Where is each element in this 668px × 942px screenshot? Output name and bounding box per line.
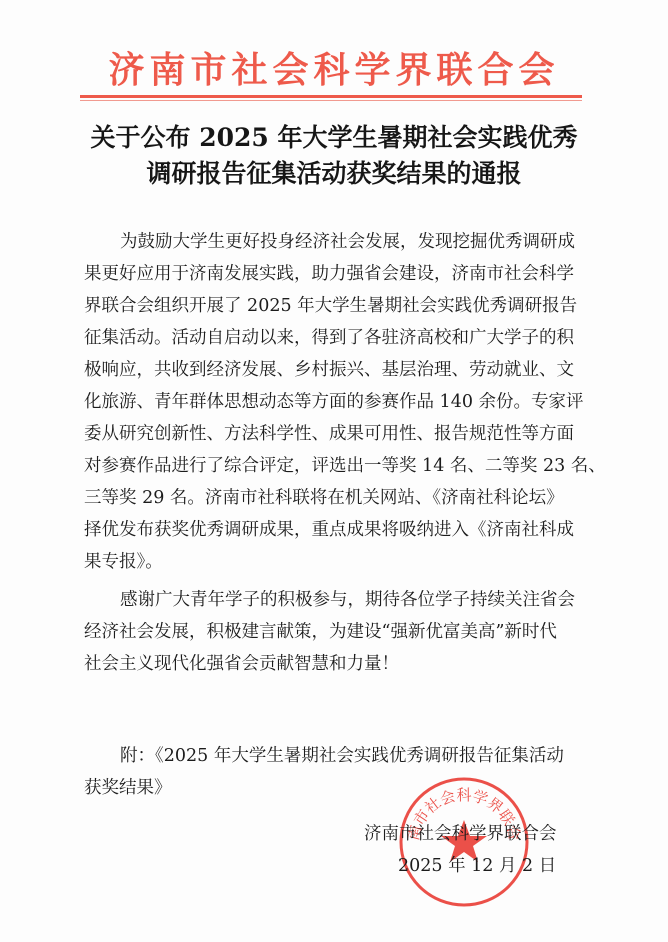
p2-line: 感谢广大青年学子的积极参与，期待各位学子持续关注省会 (84, 584, 590, 616)
p1-line: 极响应，共收到经济发展、乡村振兴、基层治理、劳动就业、文 (84, 354, 590, 386)
p1-line: 对参赛作品进行了综合评定，评选出一等奖 14 名、二等奖 23 名、 (84, 450, 590, 482)
document-title: 关于公布 2025 年大学生暑期社会实践优秀 调研报告征集活动获奖结果的通报 (0, 120, 668, 192)
p1-line: 果更好应用于济南发展实践，助力强省会建设，济南市社会科学 (84, 258, 590, 290)
signature-date: 2025 年 12 月 2 日 (398, 852, 556, 877)
attachment-line-1: 附：《2025 年大学生暑期社会实践优秀调研报告征集活动 (84, 740, 564, 772)
p1-line: 化旅游、青年群体思想动态等方面的参赛作品 140 余份。专家评 (84, 386, 590, 418)
red-divider-thick (80, 95, 582, 98)
document-body: 为鼓励大学生更好投身经济社会发展，发现挖掘优秀调研成 果更好应用于济南发展实践，… (84, 226, 590, 680)
p1-line: 委从研究创新性、方法科学性、成果可用性、报告规范性等方面 (84, 418, 590, 450)
p1-line: 界联合会组织开展了 2025 年大学生暑期社会实践优秀调研报告 (84, 290, 590, 322)
masthead-org-name: 济南市社会科学界联合会 (0, 48, 668, 92)
p1-line: 征集活动。活动自启动以来，得到了各驻济高校和广大学子的积 (84, 322, 590, 354)
attachment-line-2: 获奖结果》 (84, 772, 564, 804)
title-line-1: 关于公布 2025 年大学生暑期社会实践优秀 (0, 120, 668, 156)
p2-line: 经济社会发展，积极建言献策，为建设“强新优富美高”新时代 (84, 616, 590, 648)
p2-line: 社会主义现代化强省会贡献智慧和力量！ (84, 648, 590, 680)
p1-line: 择优发布获奖优秀调研成果，重点成果将吸纳进入《济南社科成 (84, 514, 590, 546)
red-divider-thin (80, 100, 582, 101)
p1-line: 果专报》。 (84, 546, 590, 578)
title-line-2: 调研报告征集活动获奖结果的通报 (0, 156, 668, 192)
p1-line: 为鼓励大学生更好投身经济社会发展，发现挖掘优秀调研成 (84, 226, 590, 258)
signature-org: 济南市社会科学界联合会 (364, 820, 557, 845)
p1-line: 三等奖 29 名。济南市社科联将在机关网站、《济南社科论坛》 (84, 482, 590, 514)
attachment-note: 附：《2025 年大学生暑期社会实践优秀调研报告征集活动 获奖结果》 (84, 740, 564, 804)
